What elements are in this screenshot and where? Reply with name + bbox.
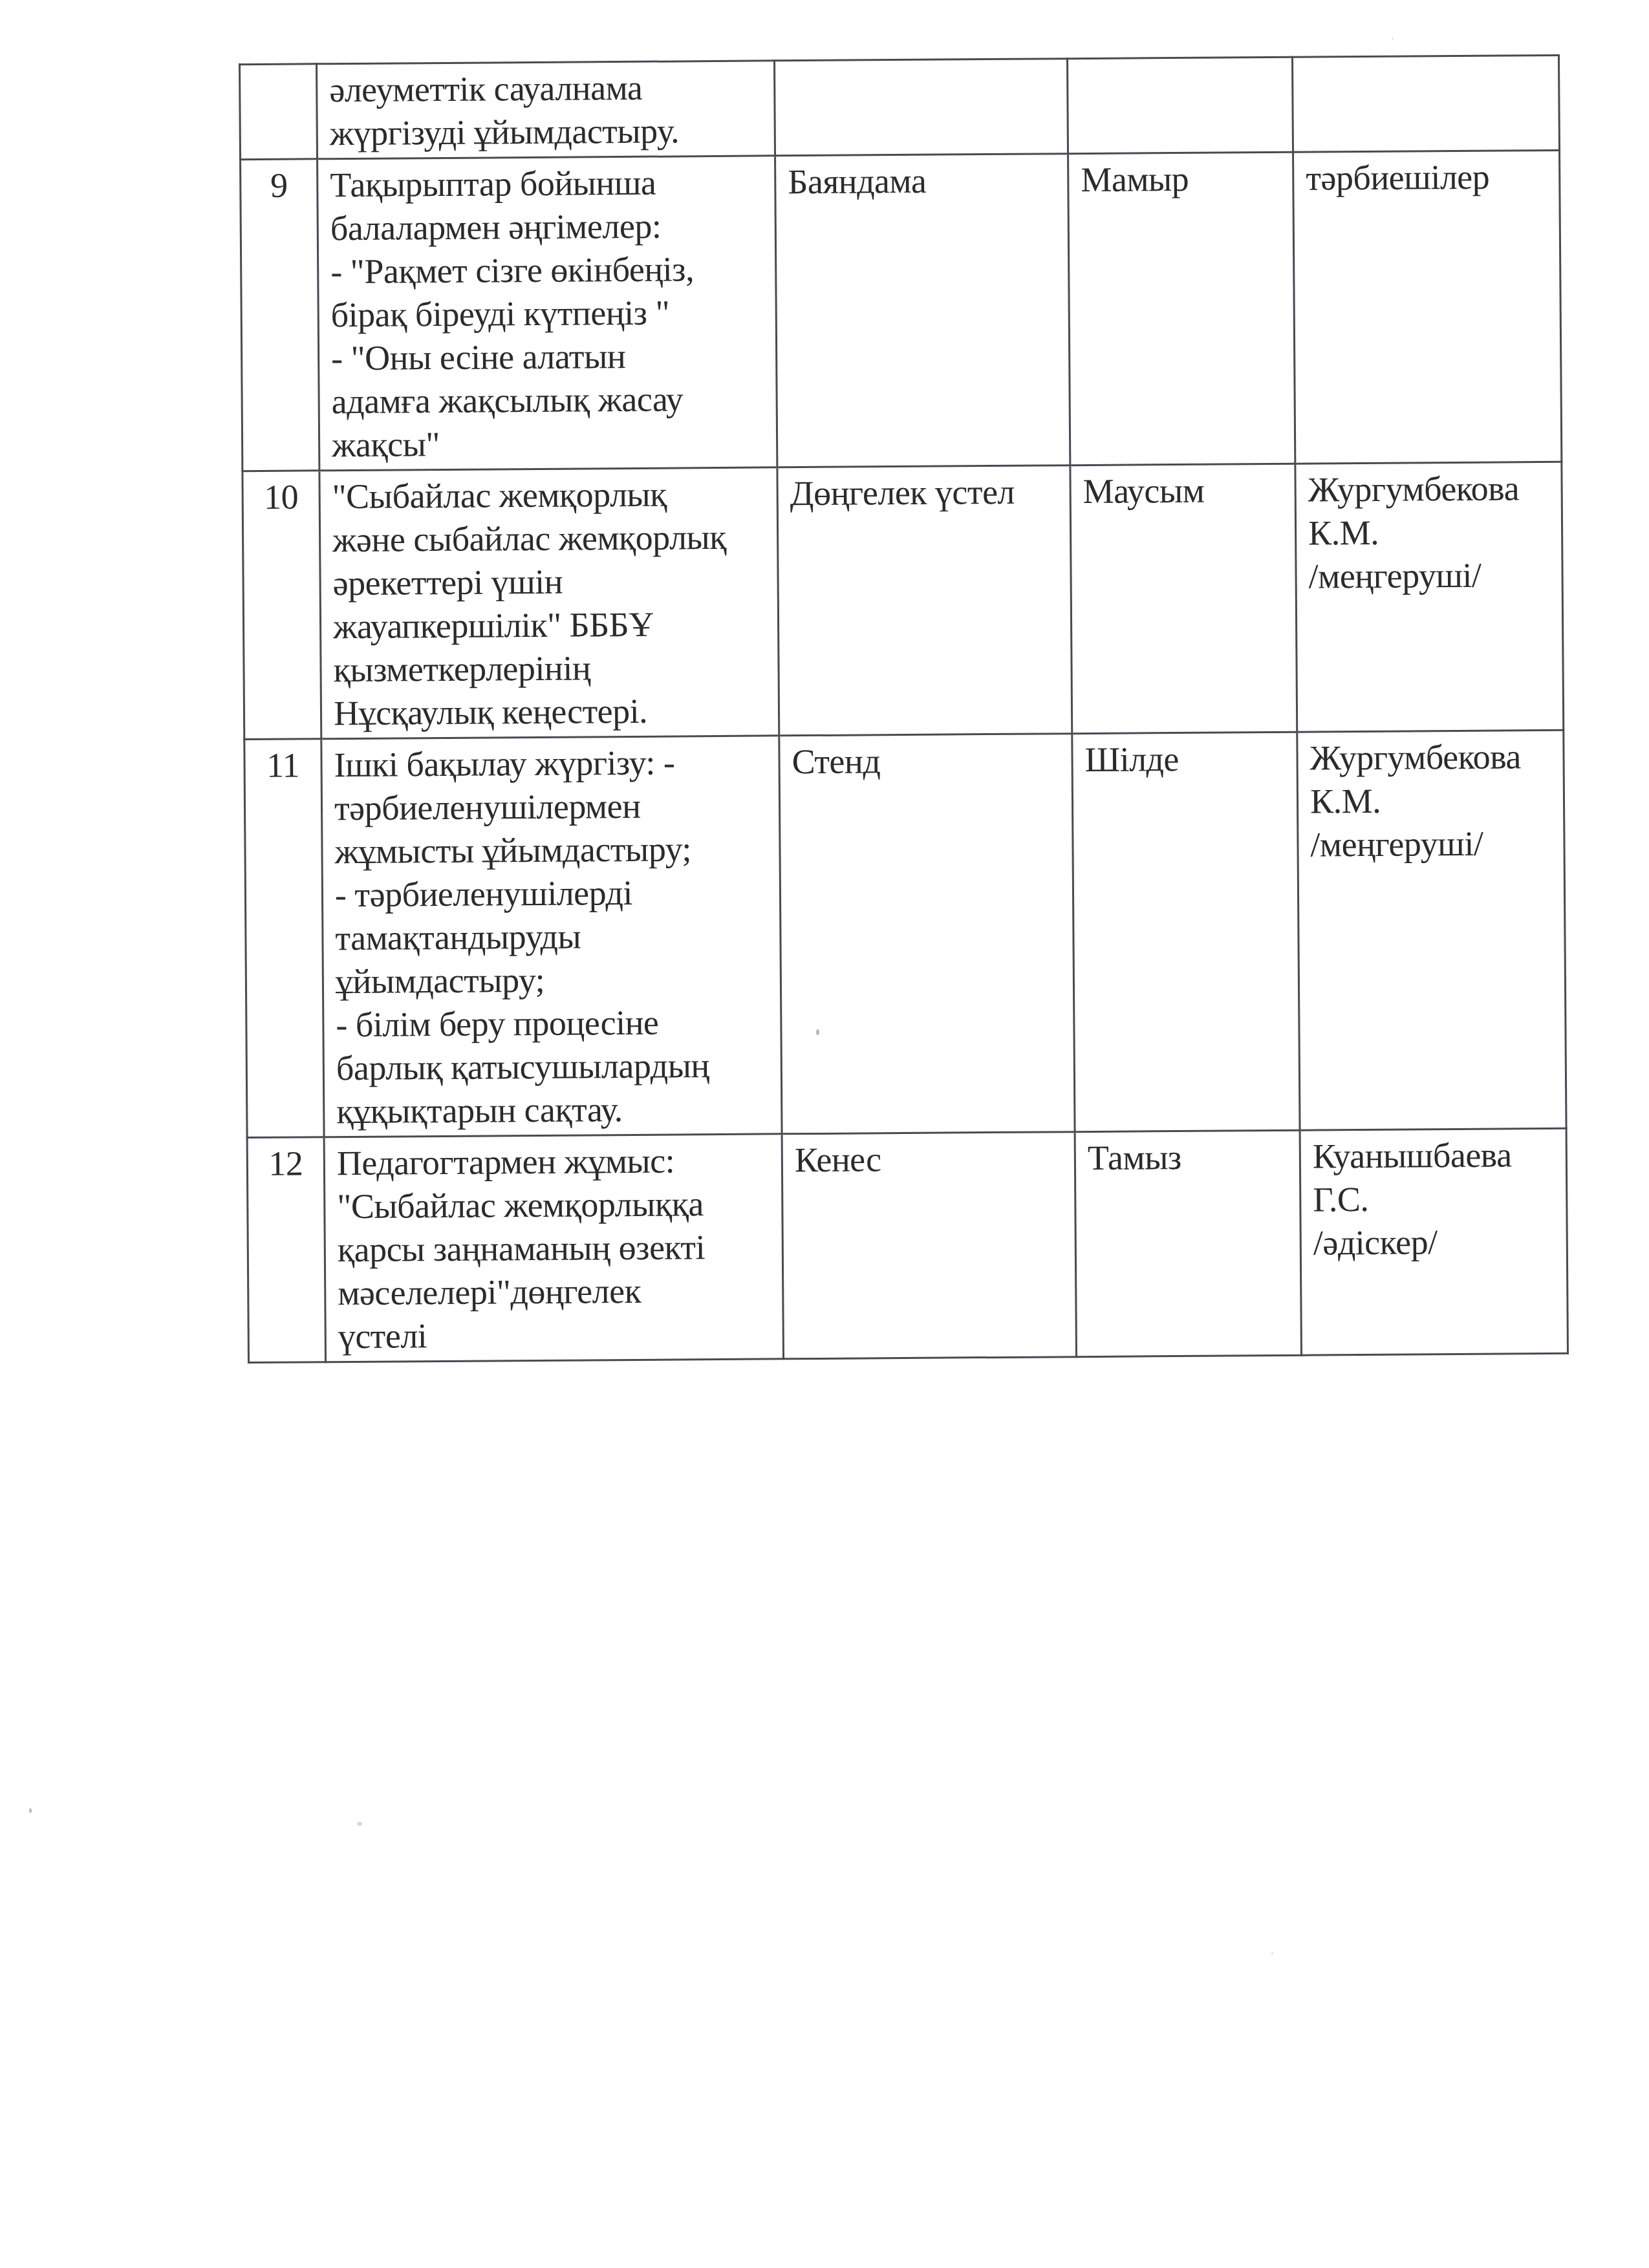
form-cell: Дөңгелек үстел — [777, 465, 1072, 736]
form-cell: Баяндама — [775, 154, 1070, 467]
scanned-page: әлеуметтік сауалнама жүргізуді ұйымдасты… — [0, 0, 1649, 2268]
form-cell: Кенес — [782, 1132, 1076, 1359]
scan-speck — [1392, 37, 1394, 39]
responsible-cell: Жургумбекова К.М. /меңгеруші/ — [1297, 730, 1566, 1130]
responsible-cell — [1292, 55, 1559, 152]
form-cell: Стенд — [779, 734, 1075, 1134]
table-row: әлеуметтік сауалнама жүргізуді ұйымдасты… — [240, 55, 1560, 159]
row-number: 9 — [241, 159, 319, 471]
responsible-cell: Жургумбекова К.М. /меңгеруші/ — [1295, 462, 1564, 732]
task-cell: Педагогтармен жұмыс: "Сыбайлас жемқорлық… — [324, 1134, 783, 1362]
date-cell: Мамыр — [1068, 152, 1295, 465]
responsible-cell: тәрбиешілер — [1293, 150, 1562, 464]
date-cell: Тамыз — [1075, 1130, 1301, 1356]
table-row: 10 "Сыбайлас жемқорлық және сыбайлас жем… — [242, 462, 1564, 739]
row-number — [240, 64, 318, 160]
table-row: 12 Педагогтармен жұмыс: "Сыбайлас жемқор… — [247, 1128, 1568, 1362]
task-cell: Тақырыптар бойынша балалармен әңгімелер:… — [318, 156, 777, 471]
row-number: 11 — [244, 739, 324, 1138]
row-number: 12 — [247, 1137, 325, 1363]
plan-table-container: әлеуметтік сауалнама жүргізуді ұйымдасты… — [239, 54, 1567, 1364]
date-cell: Шілде — [1072, 732, 1300, 1131]
scan-speck — [1271, 1952, 1273, 1954]
form-cell — [774, 59, 1068, 156]
plan-table: әлеуметтік сауалнама жүргізуді ұйымдасты… — [239, 54, 1569, 1364]
responsible-cell: Куанышбаева Г.С. /әдіскер/ — [1300, 1128, 1568, 1355]
date-cell: Маусым — [1070, 464, 1297, 733]
scan-speck — [29, 1808, 32, 1813]
table-row: 9 Тақырыптар бойынша балалармен әңгімеле… — [241, 150, 1562, 471]
scan-speck — [357, 1822, 362, 1826]
task-cell: әлеуметтік сауалнама жүргізуді ұйымдасты… — [317, 61, 775, 159]
scan-speck — [816, 1029, 819, 1035]
task-cell: "Сыбайлас жемқорлық және сыбайлас жемқор… — [319, 467, 779, 739]
task-cell: Ішкі бақылау жүргізу: - тәрбиеленушілерм… — [321, 736, 782, 1137]
row-number: 10 — [242, 471, 321, 740]
table-row: 11 Ішкі бақылау жүргізу: - тәрбиеленушіл… — [244, 730, 1566, 1137]
date-cell — [1067, 57, 1293, 153]
